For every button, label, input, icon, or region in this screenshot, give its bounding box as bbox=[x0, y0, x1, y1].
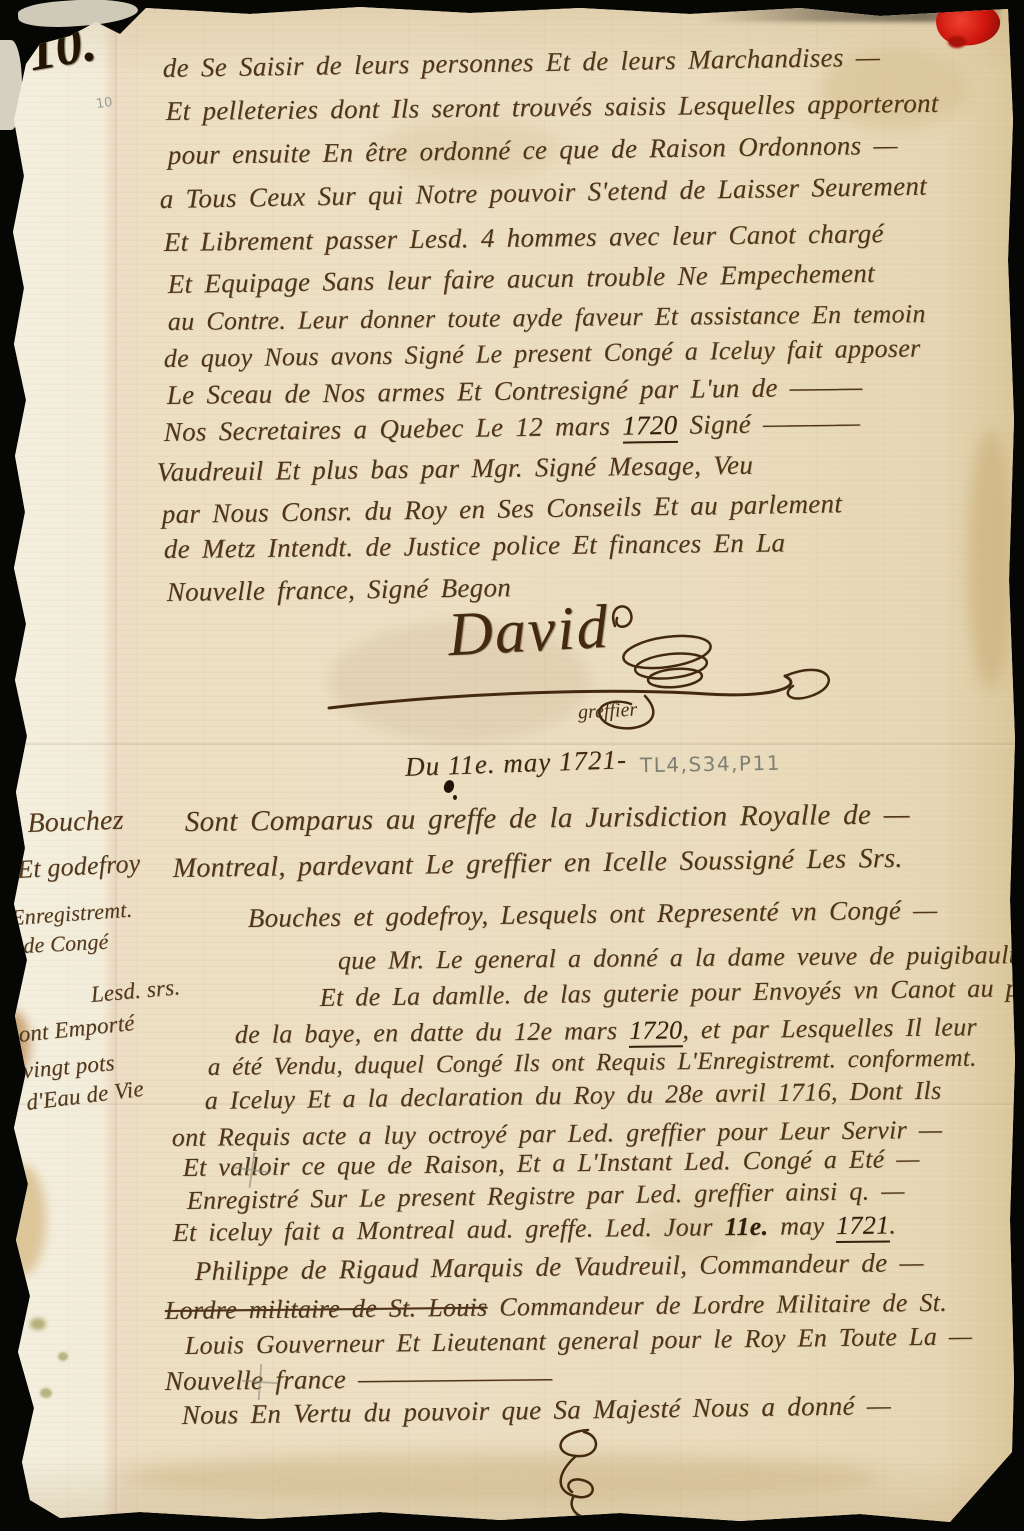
scanned-manuscript-page: 10. 10 de Se Saisir de leurs personnes E… bbox=[0, 0, 1024, 1531]
manuscript-line: Et de La damlle. de las guterie pour Env… bbox=[320, 972, 1024, 1013]
line-text: Et iceluy fait a Montreal aud. greffe. L… bbox=[173, 1212, 725, 1247]
archival-reference: TL4,S34,P11 bbox=[640, 751, 781, 777]
underlined-year: 1720 bbox=[622, 410, 678, 444]
manuscript-line: Nouvelle france ———————— bbox=[165, 1362, 553, 1397]
manuscript-line: Louis Gouverneur Et Lieutenant general p… bbox=[185, 1321, 973, 1361]
ink-blot bbox=[453, 795, 457, 800]
line-text: Commandeur de Lordre Militaire de St. bbox=[487, 1288, 947, 1322]
paper: 10. 10 de Se Saisir de leurs personnes E… bbox=[0, 0, 1024, 1531]
paraph-flourish bbox=[536, 1424, 626, 1524]
manuscript-line-struck: Lordre militaire de St. Louis Commandeur… bbox=[165, 1288, 947, 1326]
underlined-year: 1720 bbox=[629, 1015, 683, 1048]
line-text: , et par Lesquelles Il leur bbox=[682, 1012, 977, 1044]
manuscript-line: Philippe de Rigaud Marquis de Vaudreuil,… bbox=[195, 1247, 924, 1287]
manuscript-line: Bouches et godefroy, Lesquels ont Repres… bbox=[248, 895, 938, 934]
manuscript-line: Enregistré Sur Le present Registre par L… bbox=[187, 1176, 905, 1216]
line-text: de la baye, en datte du 12e mars bbox=[235, 1016, 630, 1049]
pencil-cross bbox=[239, 1361, 282, 1404]
stain bbox=[30, 1318, 46, 1330]
manuscript-line: Le Sceau de Nos armes Et Contresigné par… bbox=[167, 372, 863, 411]
stain bbox=[120, 1452, 880, 1502]
underlined-year: 1721 bbox=[836, 1210, 890, 1243]
wax-seal-remnant bbox=[948, 36, 966, 48]
greffier-label: greffier bbox=[577, 698, 637, 724]
struck-text: Lordre militaire de St. Louis bbox=[165, 1293, 488, 1325]
manuscript-line: a Tous Ceux Sur qui Notre pouvoir S'eten… bbox=[159, 171, 927, 215]
stain bbox=[0, 1165, 46, 1275]
manuscript-line: Sont Comparus au greffe de la Jurisdicti… bbox=[185, 798, 910, 839]
manuscript-line: au Contre. Leur donner toute ayde faveur… bbox=[168, 299, 926, 337]
manuscript-line: Et Librement passer Lesd. 4 hommes avec … bbox=[164, 218, 884, 258]
margin-note: Et godefroy bbox=[16, 849, 141, 885]
manuscript-line: a Iceluy Et a la declaration du Roy du 2… bbox=[205, 1076, 942, 1116]
entry-date: Du 11e. may 1721- bbox=[405, 744, 628, 783]
manuscript-line: Et pelleteries dont Ils seront trouvés s… bbox=[166, 88, 939, 127]
stain bbox=[58, 1352, 68, 1361]
line-text: Signé ———— bbox=[677, 407, 860, 440]
margin-note: Lesd. srs. bbox=[90, 974, 181, 1008]
margin-note: vingt pots bbox=[22, 1050, 116, 1084]
folio-number-pencil: 10 bbox=[95, 95, 113, 112]
manuscript-line-dated: Nos Secretaires a Quebec Le 12 mars 1720… bbox=[164, 407, 861, 448]
manuscript-line: que Mr. Le general a donné a la dame veu… bbox=[338, 940, 1024, 976]
fold-crease bbox=[0, 742, 1024, 748]
manuscript-line-dated: Et iceluy fait a Montreal aud. greffe. L… bbox=[173, 1210, 897, 1248]
day-number: 11e. bbox=[724, 1212, 768, 1241]
manuscript-line: de Metz Intendt. de Justice police Et fi… bbox=[164, 527, 786, 565]
manuscript-line: Et Equipage Sans leur faire aucun troubl… bbox=[168, 258, 876, 300]
stain bbox=[40, 1388, 52, 1398]
manuscript-line: de Se Saisir de leurs personnes Et de le… bbox=[163, 42, 881, 84]
manuscript-line: Montreal, pardevant Le greffier en Icell… bbox=[173, 843, 903, 885]
manuscript-line-dated: de la baye, en datte du 12e mars 1720, e… bbox=[235, 1012, 977, 1050]
manuscript-line: pour ensuite En être ordonné ce que de R… bbox=[168, 130, 898, 171]
stain bbox=[968, 430, 1012, 690]
pencil-cross bbox=[229, 1147, 274, 1192]
margin-note: de Congé bbox=[23, 929, 110, 959]
wax-seal-remnant bbox=[934, 0, 1002, 49]
manuscript-line: Vaudreuil Et plus bas par Mgr. Signé Mes… bbox=[157, 450, 754, 488]
manuscript-line: par Nous Consr. du Roy en Ses Conseils E… bbox=[162, 488, 843, 530]
fold-crease bbox=[114, 0, 120, 1531]
line-text: . bbox=[889, 1210, 896, 1239]
line-text: Nos Secretaires a Quebec Le 12 mars bbox=[164, 411, 623, 447]
manuscript-line: de quoy Nous avons Signé Le present Cong… bbox=[164, 333, 921, 374]
torn-paper-fragment bbox=[17, 0, 139, 30]
line-text: may bbox=[768, 1211, 836, 1241]
margin-note: Bouchez bbox=[27, 805, 124, 840]
